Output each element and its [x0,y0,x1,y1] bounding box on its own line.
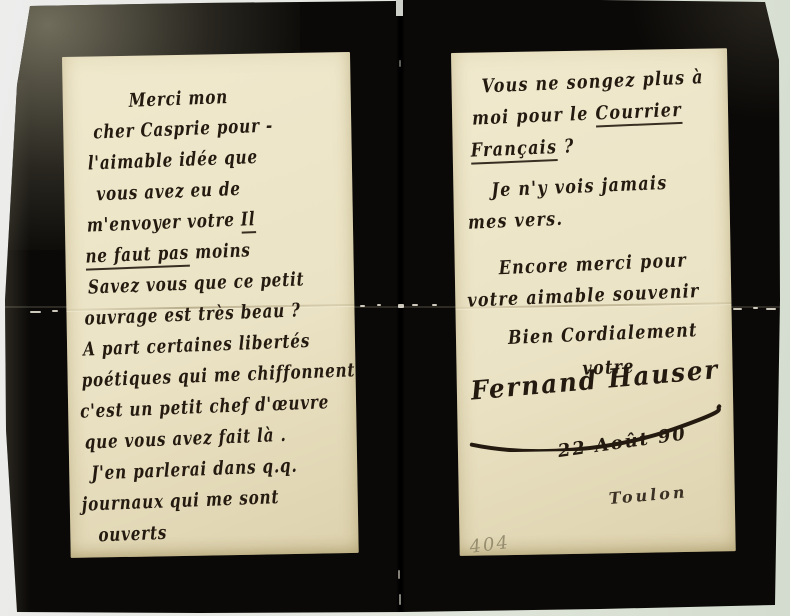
crease-speck [398,304,404,308]
crease-speck [432,304,437,306]
crease-speck [733,308,742,310]
text-segment: moins [189,239,251,263]
text-segment: J'en parlerai dans q.q. [91,455,298,485]
text-segment: moi pour le [472,102,596,129]
crease-speck [412,304,418,306]
crease-speck [766,308,776,310]
crease-speck [52,310,58,312]
text-segment: A part certaines libertés [83,330,311,361]
text-segment: ouverts [98,522,168,547]
text-segment: Vous ne songez plus à [481,66,704,97]
text-segment: Savez vous que ce petit [88,268,305,298]
text-segment: que vous avez fait là . [84,424,287,454]
place-line: Toulon [608,482,688,508]
crease-speck [30,311,41,313]
text-segment: Encore merci pour [498,249,687,279]
text-segment: m'envoyer votre [87,209,242,237]
text-segment: Je n'y vois jamais [491,172,668,201]
crease-speck [377,304,381,306]
text-segment: ? [557,135,575,158]
seam-glint [398,570,400,579]
text-segment: Merci mon [128,86,228,112]
letter-page-left: Merci moncher Casprie pour -l'aimable id… [62,52,359,558]
handwritten-line: ouverts [98,512,307,551]
underlined-text: ne faut pas [85,242,189,271]
text-segment: cher Casprie pour - [93,115,273,144]
text-segment: poétiques qui me chiffonnent [81,359,355,391]
text-segment: journaux qui me sont [81,486,279,516]
text-segment: vous avez eu de [96,178,241,206]
text-segment: mes vers. [468,208,564,234]
crease-speck [753,307,758,309]
left-page-text: Merci moncher Casprie pour -l'aimable id… [62,52,359,552]
mount-glare-left-edge [0,80,30,616]
text-segment: l'aimable idée que [87,146,258,175]
text-segment: ouvrage est très beau ? [84,299,301,329]
letter-photograph: Merci moncher Casprie pour -l'aimable id… [0,0,790,616]
text-segment: Bien Cordialement [508,319,699,349]
underlined-text: Courrier [595,99,682,128]
mount-top-gap [396,0,403,16]
letter-page-right: Vous ne songez plus àmoi pour le Courrie… [451,48,736,556]
text-segment: votre aimable souvenir [467,280,700,312]
mount-fold-seam [396,0,405,616]
handwritten-line: Bien Cordialement [507,314,696,354]
underlined-text: Il [240,208,255,234]
crease-speck [360,305,365,307]
pencil-inventory-number: 404 [468,532,511,558]
seam-glint [399,60,401,67]
underlined-text: Français [470,136,558,165]
right-page-text: Vous ne songez plus àmoi pour le Courrie… [451,48,733,387]
text-segment: c'est un petit chef d'œuvre [80,391,330,423]
seam-glint [399,594,401,605]
